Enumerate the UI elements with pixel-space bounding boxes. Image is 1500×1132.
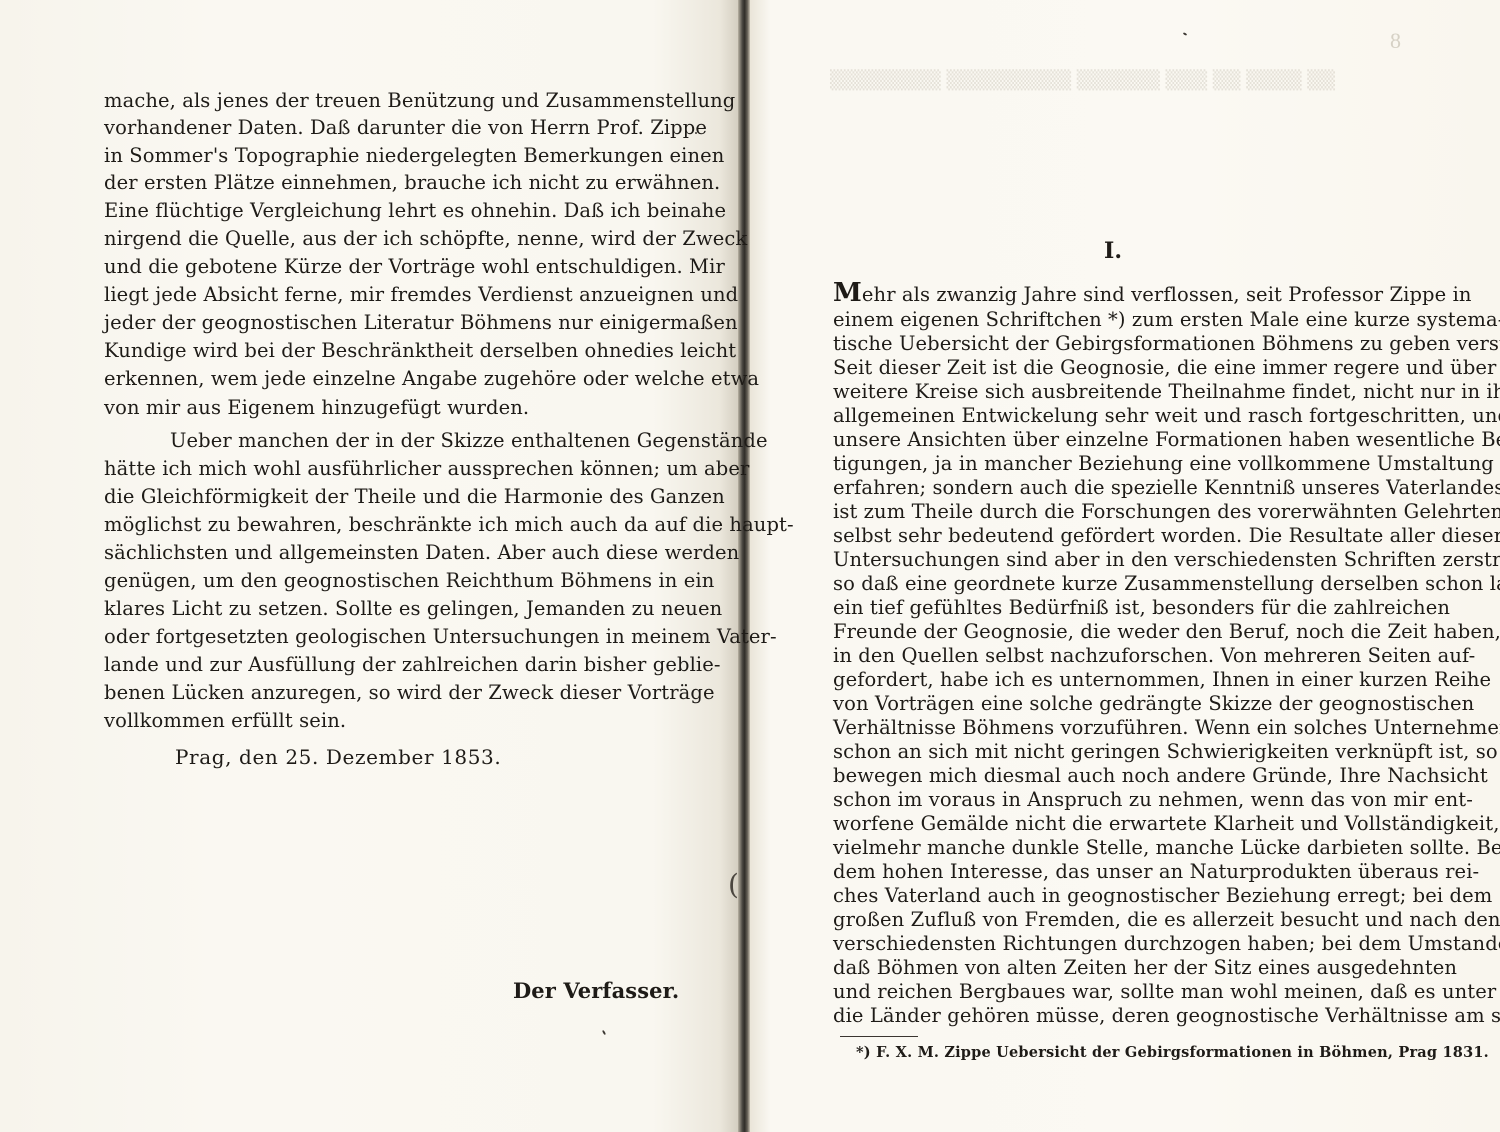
text-line: erkennen, wem jede einzelne Angabe zugeh…	[104, 366, 690, 392]
text-line: Seit dieser Zeit ist die Geognosie, die …	[833, 355, 1411, 381]
text-line: unsere Ansichten über einzelne Formation…	[833, 427, 1411, 453]
text-line: vielmehr manche dunkle Stelle, manche Lü…	[833, 835, 1411, 861]
text-line: lande und zur Ausfüllung der zahlreichen…	[104, 652, 690, 678]
text-line: und die gebotene Kürze der Vorträge wohl…	[104, 254, 690, 280]
text-line: mache, als jenes der treuen Benützung un…	[104, 88, 690, 114]
text-line: daß Böhmen von alten Zeiten her der Sitz…	[833, 955, 1411, 981]
text-line: Ueber manchen der in der Skizze enthalte…	[170, 428, 690, 454]
margin-mark: (	[728, 868, 739, 901]
text-line: klares Licht zu setzen. Sollte es geling…	[104, 596, 690, 622]
text-line: erfahren; sondern auch die spezielle Ken…	[833, 475, 1411, 501]
text-line: Kundige wird bei der Beschränktheit ders…	[104, 338, 690, 364]
ink-speck	[695, 132, 697, 134]
text-line: der ersten Plätze einnehmen, brauche ich…	[104, 170, 690, 196]
show-through-text: ▒▒▒▒▒▒▒▒ ▒▒▒▒▒▒▒▒▒ ▒▒▒▒▒▒ ▒▒▒ ▒▒ ▒▒▒▒ ▒▒	[830, 70, 1335, 92]
text-line: verschiedensten Richtungen durchzogen ha…	[833, 931, 1411, 957]
text-line: dem hohen Interesse, das unser an Naturp…	[833, 859, 1411, 885]
signature: Der Verfasser.	[513, 978, 679, 1003]
text-line: von Vorträgen eine solche gedrängte Skiz…	[833, 691, 1411, 717]
text-line: worfene Gemälde nicht die erwartete Klar…	[833, 811, 1411, 837]
text-line: selbst sehr bedeutend gefördert worden. …	[833, 523, 1411, 549]
text-line: allgemeinen Entwickelung sehr weit und r…	[833, 403, 1411, 429]
text-line: einem eigenen Schriftchen *) zum ersten …	[833, 307, 1411, 333]
text-line: sächlichsten und allgemeinsten Daten. Ab…	[104, 540, 690, 566]
text-line: Eine flüchtige Vergleichung lehrt es ohn…	[104, 198, 690, 224]
chapter-number: I.	[1104, 238, 1122, 264]
text-line: weitere Kreise sich ausbreitende Theilna…	[833, 379, 1411, 405]
text-line: so daß eine geordnete kurze Zusammenstel…	[833, 571, 1411, 597]
text-line: nirgend die Quelle, aus der ich schöpfte…	[104, 226, 690, 252]
footnote-divider	[840, 1036, 918, 1037]
text-line: tische Uebersicht der Gebirgsformationen…	[833, 331, 1411, 357]
text-line: großen Zufluß von Fremden, die es allerz…	[833, 907, 1411, 933]
text-line: möglichst zu bewahren, beschränkte ich m…	[104, 512, 690, 538]
text-line: Freunde der Geognosie, die weder den Ber…	[833, 619, 1411, 645]
text-line: jeder der geognostischen Literatur Böhme…	[104, 310, 690, 336]
text-line: bewegen mich diesmal auch noch andere Gr…	[833, 763, 1411, 789]
text-line: ein tief gefühltes Bedürfniß ist, besond…	[833, 595, 1411, 621]
text-line: vorhandener Daten. Daß darunter die von …	[104, 115, 690, 141]
text-line: Untersuchungen sind aber in den verschie…	[833, 547, 1411, 573]
text-line: die Länder gehören müsse, deren geognost…	[833, 1003, 1411, 1029]
text-line: ches Vaterland auch in geognostischer Be…	[833, 883, 1411, 909]
text-line: genügen, um den geognostischen Reichthum…	[104, 568, 690, 594]
text-line: ist zum Theile durch die Forschungen des…	[833, 499, 1411, 525]
text-line: vollkommen erfüllt sein.	[104, 708, 690, 734]
text-line: von mir aus Eigenem hinzugefügt wurden.	[104, 395, 690, 421]
footnote: *) F. X. M. Zippe Uebersicht der Gebirgs…	[856, 1044, 1489, 1061]
text-line: schon an sich mit nicht geringen Schwier…	[833, 739, 1411, 765]
book-spread: ▒▒▒▒▒▒▒▒ ▒▒▒▒▒▒▒▒▒ ▒▒▒▒▒▒ ▒▒▒ ▒▒ ▒▒▒▒ ▒▒…	[0, 0, 1500, 1132]
text-line: Verhältnisse Böhmens vorzuführen. Wenn e…	[833, 715, 1411, 741]
text-line: hätte ich mich wohl ausführlicher ausspr…	[104, 456, 690, 482]
text-line: oder fortgesetzten geologischen Untersuc…	[104, 624, 690, 650]
text-line: in Sommer's Topographie niedergelegten B…	[104, 143, 690, 169]
text-line: liegt jede Absicht ferne, mir fremdes Ve…	[104, 282, 690, 308]
book-gutter	[738, 0, 750, 1132]
text-line: benen Lücken anzuregen, so wird der Zwec…	[104, 680, 690, 706]
text-line: Mehr als zwanzig Jahre sind verflossen, …	[833, 280, 1411, 306]
dateline: Prag, den 25. Dezember 1853.	[175, 745, 501, 769]
text-line: schon im voraus in Anspruch zu nehmen, w…	[833, 787, 1411, 813]
text-line: und reichen Bergbaues war, sollte man wo…	[833, 979, 1411, 1005]
text-line: tigungen, ja in mancher Beziehung eine v…	[833, 451, 1411, 477]
text-line: gefordert, habe ich es unternommen, Ihne…	[833, 667, 1411, 693]
show-through-page-number: 8	[1390, 28, 1401, 54]
text-line: in den Quellen selbst nachzuforschen. Vo…	[833, 643, 1411, 669]
text-line: die Gleichförmigkeit der Theile und die …	[104, 484, 690, 510]
